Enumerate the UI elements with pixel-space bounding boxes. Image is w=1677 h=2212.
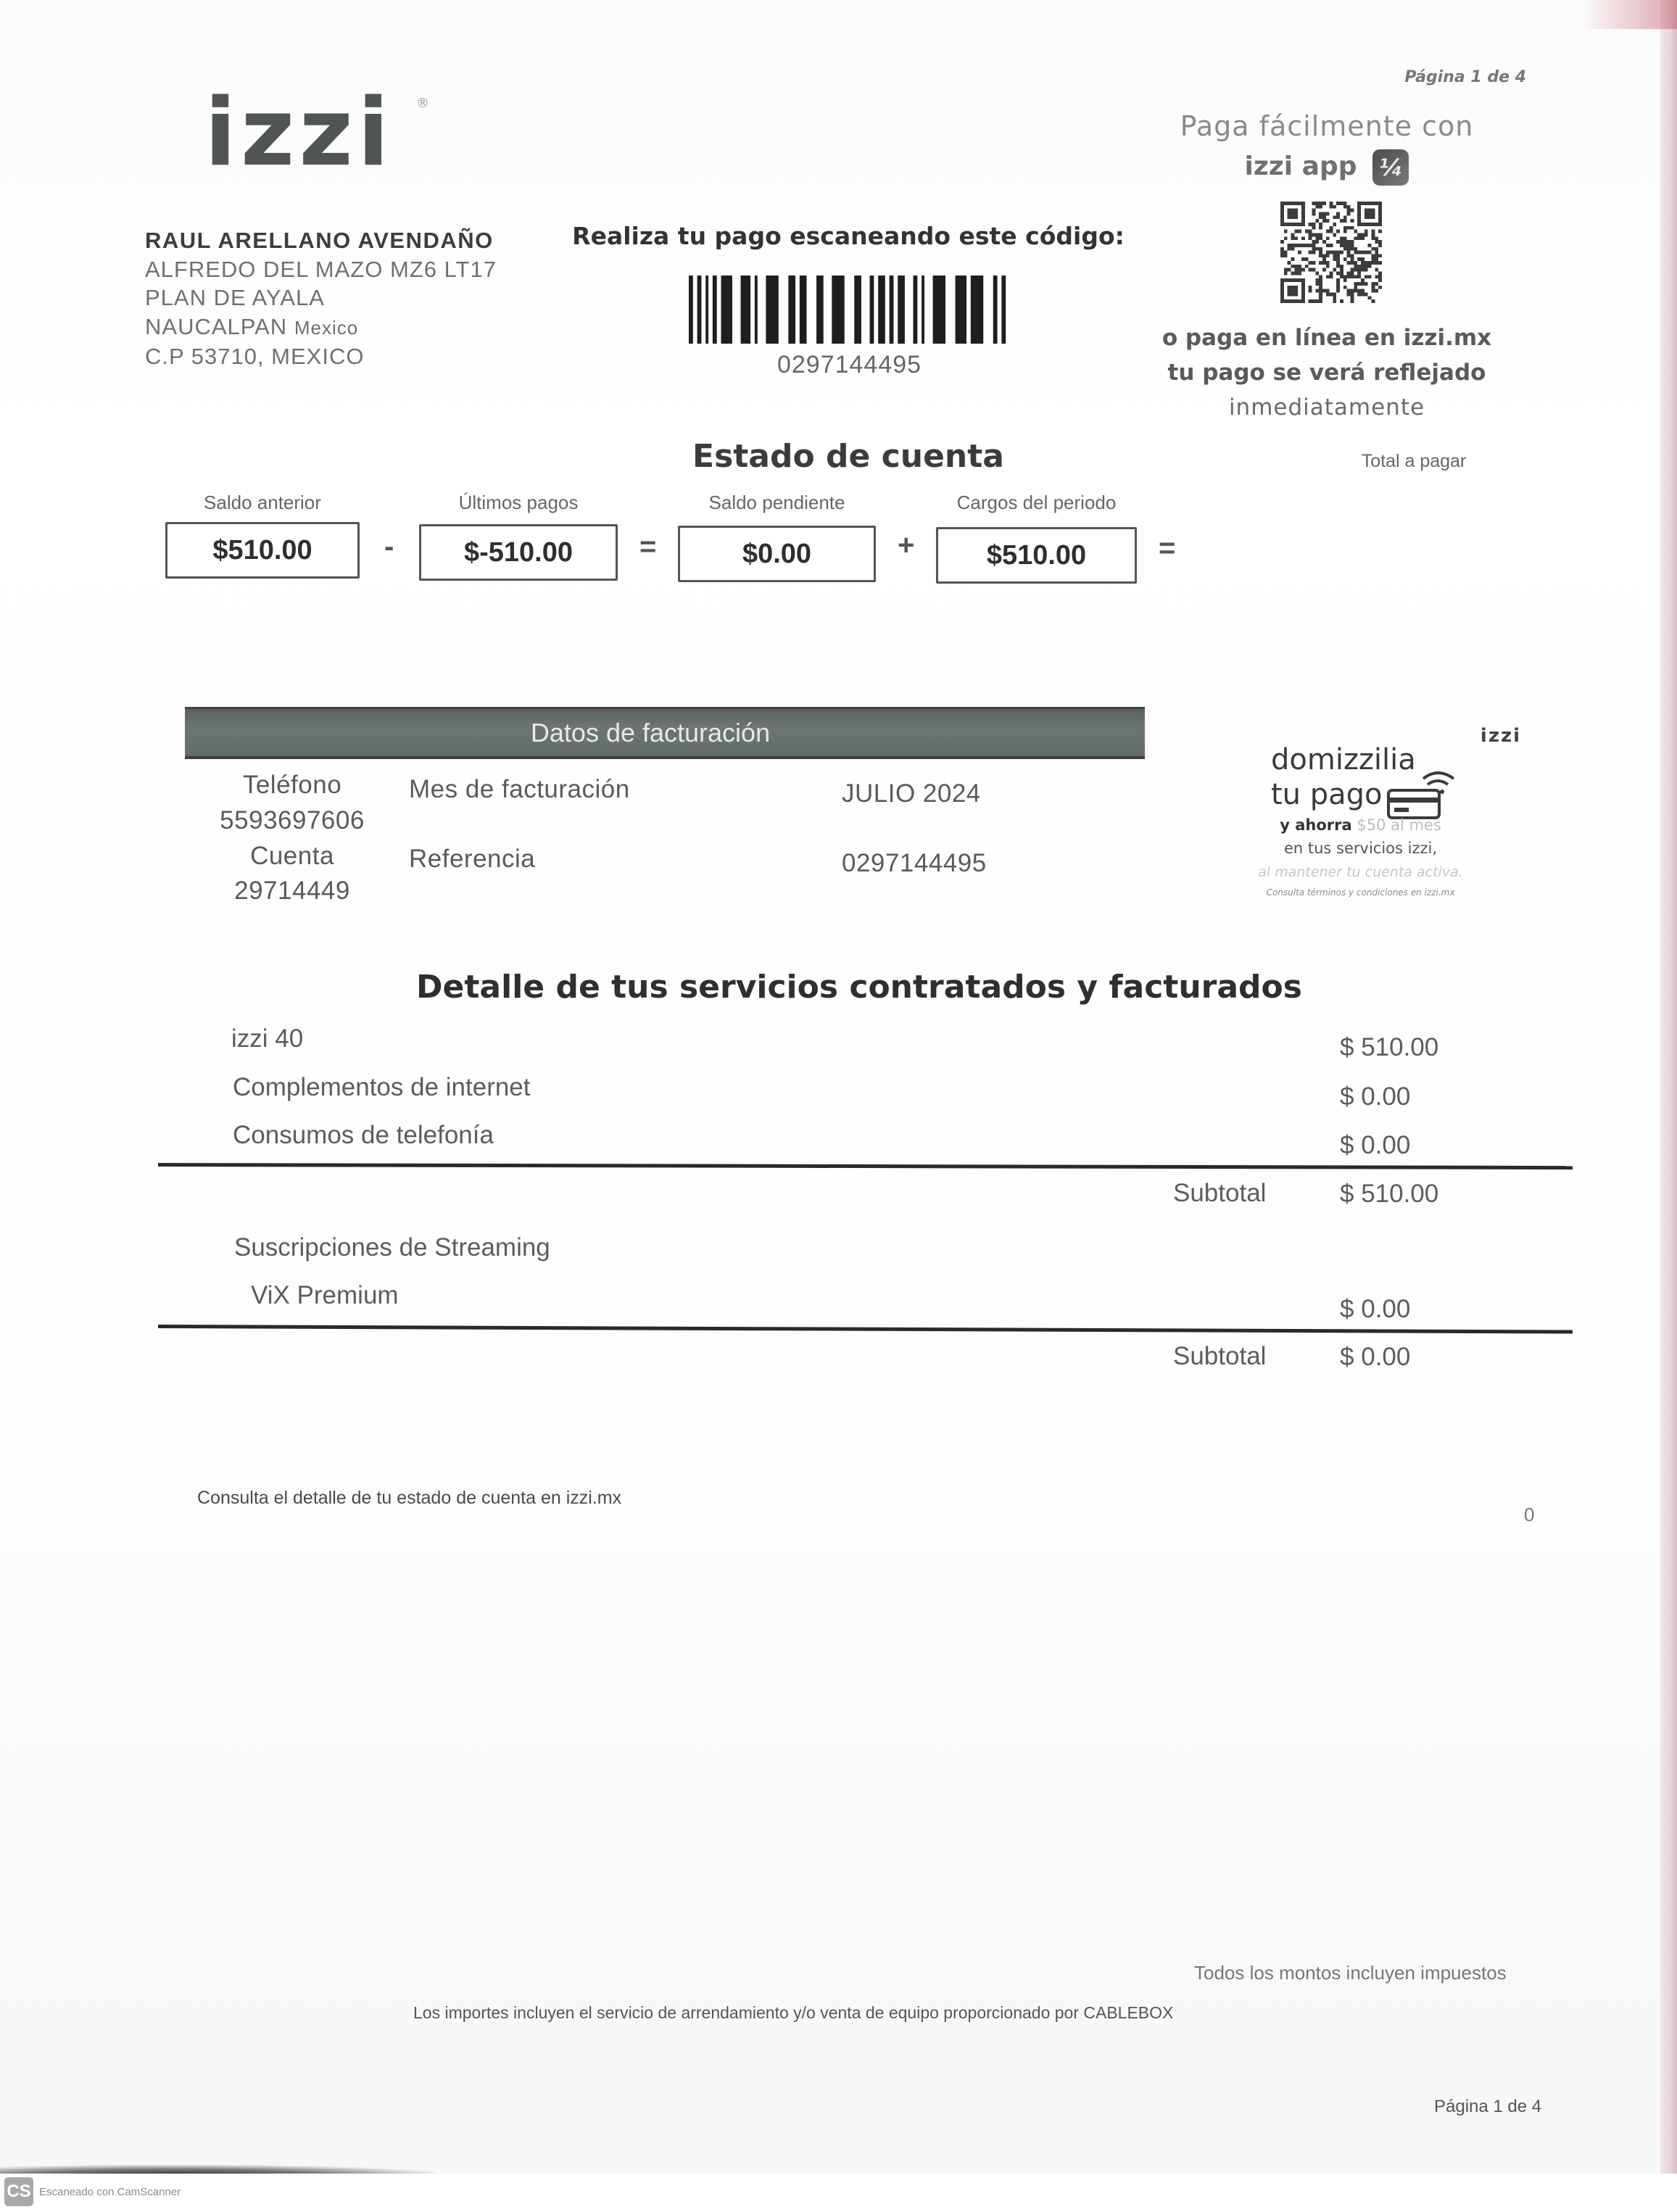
customer-name: RAUL ARELLANO AVENDAÑO [145,226,497,255]
billing-data-header: Datos de facturación [185,707,1145,759]
service-row-name: ViX Premium [251,1281,399,1310]
izzi-app-text: izzi app [1245,152,1357,181]
plus-operator: + [898,529,914,562]
pending-balance-label: Saldo pendiente [678,492,876,514]
previous-balance-label: Saldo anterior [165,492,360,514]
subtotal-label: Subtotal [1173,1179,1266,1208]
izzi-logo: izzi [204,87,394,180]
page-indicator-top: Página 1 de 4 [1399,68,1526,86]
billing-month-label: Mes de facturación [409,775,630,804]
camscanner-watermark: CS Escaneado con CamScanner [4,2177,181,2206]
barcode-icon [689,276,1010,344]
streaming-heading: Suscripciones de Streaming [234,1233,550,1262]
qr-code-icon [1280,202,1382,303]
service-row-name: Consumos de telefonía [233,1121,494,1150]
total-to-pay-label: Total a pagar [1334,451,1494,472]
taxes-note: Todos los montos incluyen impuestos [1194,1962,1507,1984]
subtotal-value: $ 0.00 [1340,1343,1410,1372]
izzi-app-label: izzi app¼ [1160,149,1494,186]
promo-save-prefix: y ahorra [1280,816,1351,834]
service-row-name: izzi 40 [231,1024,303,1053]
billing-data-title: Datos de facturación [531,718,770,748]
scanner-strip [0,2174,1677,2212]
phone-value: 5593697606 [183,806,401,835]
pay-online-line-3: inmediatamente [1160,390,1494,425]
promo-izzi-logo: izzi [1481,725,1521,747]
pending-balance-value: $0.00 [678,526,876,582]
period-charges-label: Cargos del periodo [936,492,1137,514]
service-row-amount: $ 0.00 [1340,1131,1410,1160]
service-row-amount: $ 0.00 [1340,1082,1410,1111]
account-value: 29714449 [183,877,401,906]
trademark-mark: ® [416,96,429,111]
barcode-number: 0297144495 [689,351,1010,379]
promo-terms: Consulta términos y condiciones en izzi.… [1191,887,1530,898]
equipment-note: Los importes incluyen el servicio de arr… [413,2003,1173,2023]
account-label: Cuenta [183,842,401,871]
address-line-1: ALFREDO DEL MAZO MZ6 LT17 [145,255,497,284]
promo-line-2: en tus servicios izzi, [1191,840,1530,857]
background-edge-top [1581,0,1677,29]
service-row-name: Complementos de internet [233,1073,531,1102]
minus-operator: - [384,531,394,563]
page-indicator-bottom: Página 1 de 4 [1434,2097,1541,2117]
pay-online-line-2: tu pago se verá reflejado [1160,355,1494,390]
reference-value: 0297144495 [842,849,987,878]
pay-online-text: o paga en línea en izzi.mx tu pago se ve… [1160,320,1494,425]
pay-with-app-text: Paga fácilmente con [1160,110,1494,142]
customer-address: RAUL ARELLANO AVENDAÑO ALFREDO DEL MAZO … [145,226,497,371]
promo-line-3: al mantener tu cuenta activa. [1191,864,1530,880]
subtotal-label: Subtotal [1173,1342,1266,1371]
phone-label: Teléfono [183,771,401,800]
background-edge [1660,0,1677,2174]
statement-title: Estado de cuenta [631,438,1066,475]
izzi-app-icon: ¼ [1372,149,1409,186]
reference-label: Referencia [409,845,535,874]
pay-online-line-1: o paga en línea en izzi.mx [1160,320,1494,355]
last-payments-value: $-510.00 [419,524,618,581]
camscanner-logo-icon: CS [4,2177,33,2206]
period-charges-value: $510.00 [936,527,1137,584]
state: Mexico [294,317,358,339]
service-row-amount: $ 510.00 [1340,1033,1438,1062]
equals-operator-total: = [1159,532,1175,565]
page-marker: 0 [1524,1504,1534,1526]
subtotal-value: $ 510.00 [1340,1180,1438,1209]
promo-save-amount: $50 al mes [1357,816,1441,834]
billing-month-value: JULIO 2024 [842,779,981,808]
camscanner-text: Escaneado con CamScanner [39,2186,181,2198]
address-city: NAUCALPAN Mexico [145,312,497,343]
address-line-2: PLAN DE AYALA [145,283,497,312]
address-postal: C.P 53710, MEXICO [145,342,497,371]
services-title: Detalle de tus servicios contratados y f… [363,969,1356,1006]
previous-balance-value: $510.00 [165,522,360,579]
direct-debit-promo: izzi domizzilia tu pago y ahorra $50 al … [1191,712,1530,910]
scan-to-pay-heading: Realiza tu pago escaneando este código: [566,222,1131,250]
promo-savings: y ahorra $50 al mes [1191,816,1530,834]
statement-detail-link: Consulta el detalle de tu estado de cuen… [197,1488,621,1509]
contactless-card-icon [1386,769,1458,821]
equals-operator: = [639,531,656,563]
service-row-amount: $ 0.00 [1340,1295,1410,1324]
last-payments-label: Últimos pagos [419,492,618,514]
city: NAUCALPAN [145,314,287,339]
